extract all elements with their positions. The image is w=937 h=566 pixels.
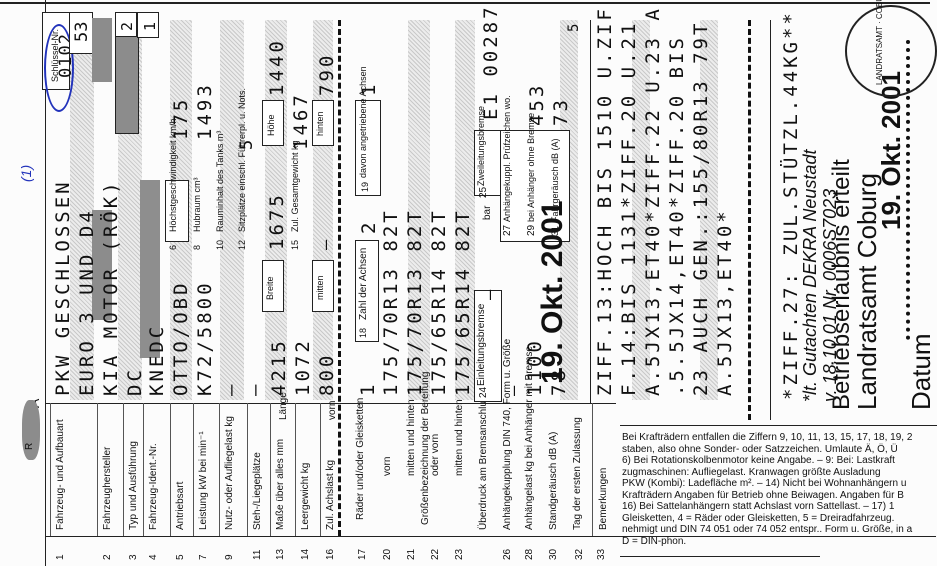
field-number: 15 [290, 240, 300, 250]
field-label: Leistung kW bei min⁻¹ [198, 431, 209, 530]
authority-line1: Betriebserlaubnis erteilt [828, 159, 856, 410]
field-label: Fahrzeughersteller [102, 447, 113, 530]
row-divider [143, 403, 144, 536]
remark-line: ZIFF.13:HOCH BIS 1510 U.ZIF [594, 6, 616, 396]
footnote-line: 6) Bei Rotationskolbenmotor keine Angabe… [622, 455, 895, 466]
stamp-remark-handwritten: v. 18.10.01 Nr. 0006S7023 [820, 189, 841, 402]
field-12-label: Sitzplätze einschl. Führerpl. u. Nots. [237, 88, 247, 232]
field-label: Antriebsart [175, 482, 186, 530]
field-26-value: – [504, 386, 524, 396]
field-value: – [220, 382, 242, 396]
field-25-box [474, 130, 502, 196]
field-24-value: – [480, 290, 500, 300]
key-number-circle [44, 24, 74, 112]
field-18-box [355, 240, 379, 342]
row-divider [193, 403, 194, 536]
row-divider [123, 403, 124, 536]
field-value: DC [124, 367, 146, 396]
authority-date: 19. Okt. 2001 [876, 71, 907, 230]
tyre-size-value: 175/65R14 82T [428, 208, 450, 396]
field-label: Maße über alles mm [275, 439, 286, 530]
remark-line: F.14:BIS 1131*ZIFF.20 U.21 [618, 21, 640, 396]
field-number: 9 [224, 554, 235, 560]
frame-line [46, 536, 936, 537]
width-value: 1675 [266, 192, 288, 250]
overpressure-label: Überdruck am Bremsanschluß [478, 395, 489, 530]
field-number: 22 [430, 549, 441, 560]
footnote-line: Krafträdern Angaben für Betrieb ohne Bei… [622, 490, 904, 501]
row-divider [170, 403, 171, 536]
remark-line: .5.5JX14,ET40*ZIFF.20 BIS [666, 35, 688, 396]
shaded-band [70, 20, 94, 400]
field-number: 10 [215, 240, 225, 250]
field-8-value: 1493 [194, 82, 216, 140]
divider [770, 20, 771, 420]
row-divider [592, 403, 593, 536]
field-6-label: Höchstgeschwindigkeit km/h [168, 118, 178, 232]
field-19-box [355, 100, 381, 196]
middle-box [312, 260, 334, 312]
field-number: 5 [175, 554, 186, 560]
field-label: Zul. Achslast kg [325, 460, 336, 530]
field-26-label: Anhängekupplung DIN 740, Form u. Größe [502, 339, 513, 530]
field-label: Fahrzeug- und Aufbauart [55, 419, 66, 530]
field-number: 25 [478, 187, 489, 198]
corner-code: R [24, 443, 35, 450]
length-sublabel: Länge [278, 392, 289, 420]
tyre-size-value: 175/70R13 82T [380, 208, 402, 396]
field-value: KIA MOTOR (RÖK) [100, 179, 122, 396]
suffix-box [69, 12, 93, 54]
rear-label: hinten [315, 111, 325, 136]
field-27-29-31-box [500, 130, 570, 242]
field-25-value: E1 00287 [480, 4, 502, 120]
paper [0, 0, 937, 566]
field-value: PKW GESCHLOSSEN [52, 179, 74, 396]
field-17-label: Räder und/oder Gleisketten [355, 398, 366, 520]
field-24-label: Einleitungsbremse [476, 304, 487, 386]
field-number: 17 [357, 549, 368, 560]
rear-value: 790 [316, 53, 338, 96]
field-value: OTTO/OBD [170, 280, 192, 396]
redacted-block [92, 210, 112, 320]
field-6-value: 175 [170, 97, 192, 140]
field-number: 3 [128, 554, 139, 560]
field-18-value: 2 [358, 223, 380, 234]
shaded-band [170, 20, 192, 400]
dash [748, 20, 751, 420]
tyres-group-label: Größenbezeichnung der Bereifung [420, 372, 431, 525]
row-divider [50, 403, 51, 536]
field-value: EURO 3 UND D4 [76, 208, 98, 396]
field-value: 800 [316, 353, 338, 396]
top-edge [0, 2, 930, 4]
field-12-value: 5 [237, 140, 257, 150]
bar-label: bar [482, 206, 493, 220]
field-value: – [244, 382, 266, 396]
shaded-band [313, 20, 333, 400]
key-number-value: 0102 [56, 33, 76, 78]
tyre-label: oder vorn [430, 434, 441, 476]
field-25-label: Zweileitungsbremse [476, 106, 486, 186]
key-number-label: Schlüssel-Nr. [50, 29, 60, 82]
height-box [262, 100, 284, 146]
stamp-remark-handwritten: *lt. Gutachten DEKRA Neustadt [800, 150, 821, 402]
field-number: 32 [574, 549, 585, 560]
emission-code: 04 [170, 211, 192, 240]
field-18-label: Zahl der Achsen [358, 248, 369, 320]
field-19-label: davon angetriebene Achsen [358, 66, 368, 178]
field-29-label: bei Anhänger ohne Bremse [526, 113, 536, 222]
field-31-value: 73 [550, 97, 572, 126]
page-marker: 5 [566, 24, 582, 32]
shaded-band [455, 20, 475, 400]
authority-line2: Landratsamt Coburg [852, 173, 883, 410]
field-number: 20 [382, 549, 393, 560]
height-value: 1440 [266, 38, 288, 96]
field-number: 18 [358, 328, 368, 338]
shaded-band [700, 20, 718, 400]
corner-letter: A [26, 399, 42, 408]
field-24-box [474, 290, 502, 402]
field-number: 19 [360, 182, 370, 192]
shaded-band [265, 20, 287, 400]
footnote-line: staben, also ohne Sonder- oder Satzzeich… [622, 444, 898, 455]
field-33-label: Bemerkungen [598, 468, 609, 530]
side-mark-1: 1 [141, 22, 159, 31]
remarks-border [590, 20, 591, 403]
redacted-block [92, 18, 112, 82]
footnote-divider [620, 425, 937, 426]
side-mark-box [115, 12, 137, 38]
remark-line: 23 AUCH GEN.:155/80R13 79T [690, 21, 712, 396]
key-number-suffix: 53 [72, 22, 92, 42]
footnote-line: PKW (Kombi): Ladefläche m². – 14) Nicht … [622, 478, 906, 489]
datum-label: Datum [906, 333, 937, 410]
field-6-box [165, 180, 189, 242]
field-number: 26 [502, 549, 513, 560]
key-number-label-box [42, 12, 70, 90]
field-number: 11 [252, 550, 263, 560]
field-label: Leergewicht kg [300, 463, 311, 530]
redacted-block [22, 400, 40, 460]
field-number: 7 [198, 554, 209, 560]
middle-label: mitten [315, 275, 325, 300]
remark-line: A.5JX13,ET40*ZIFF.22 U.23 A [642, 6, 664, 396]
shaded-band [632, 20, 650, 400]
tyre-label: mitten und hinten [406, 399, 417, 476]
redacted-block [140, 180, 160, 358]
field-15-label: Zul. Gesamtgewicht kg [290, 140, 300, 232]
field-number: 27 [502, 225, 513, 236]
field-27-label: Anhängekuppl. Prüfzeichen wo. [502, 95, 512, 222]
field-number: 33 [596, 549, 607, 560]
row-divider [219, 403, 220, 536]
field-number: 13 [275, 549, 286, 560]
field-17-value: 1 [357, 385, 379, 396]
field-number: 4 [148, 554, 159, 560]
field-number: 31 [550, 226, 560, 236]
footnote-line: 16) Bei Sattelanhängern statt Achslast v… [622, 501, 894, 512]
field-28-label: Anhängelast kg bei Anhänger mit Bremse [524, 346, 535, 530]
field-number: 29 [526, 225, 537, 236]
field-number: 28 [524, 549, 535, 560]
footnote-divider [620, 556, 820, 557]
shaded-band [560, 20, 578, 400]
dash [338, 20, 341, 536]
field-number: 6 [168, 245, 178, 250]
redacted-block [115, 36, 139, 134]
tyre-size-value: 175/65R14 82T [452, 208, 474, 396]
row-divider [570, 403, 616, 404]
footnote-line: Bei Krafträdern entfallen die Ziffern 9,… [622, 432, 912, 443]
first-registration-date-stamp: 19. Okt. 2001 [536, 201, 570, 384]
field-number: 1 [55, 554, 66, 560]
side-mark-box [137, 12, 159, 38]
row-divider [270, 403, 271, 536]
field-10-label: Rauminhalt des Tanks m³ [215, 131, 225, 232]
field-30-value: 78 [548, 367, 570, 396]
field-number: 12 [237, 240, 247, 250]
field-number: 2 [102, 554, 113, 560]
row-divider [320, 403, 321, 536]
annotation-area [20, 140, 44, 220]
field-number: 21 [406, 549, 417, 560]
rear-box [312, 100, 334, 146]
footnote-line: zugmaschinen: Aufliegelast. Kranwagen gr… [622, 467, 881, 478]
field-32-label: Tag der ersten Zulassung [572, 417, 583, 530]
shaded-band [408, 20, 430, 400]
field-number: 24 [478, 387, 489, 398]
middle-value: – [316, 240, 336, 250]
official-seal [845, 5, 937, 97]
field-31-label: Fahrgeräusch dB (A) [550, 138, 560, 222]
document-overlay: Schlüssel-Nr.01025321(1)AR1Fahrzeug- und… [0, 0, 937, 566]
field-8-label: Hubraum cm³ [192, 177, 202, 232]
shaded-band [118, 20, 142, 400]
field-29-value: 453 [526, 83, 548, 126]
frame-line [45, 0, 46, 566]
footnote-line: nehmigt und DIN 74 051 oder 74 052 entsp… [622, 524, 912, 535]
footnote-line: D = DIN-phon. [622, 536, 686, 547]
field-number: 8 [192, 245, 202, 250]
field-number: 30 [548, 549, 559, 560]
field-value: 4215 [268, 338, 290, 396]
dotted-line [906, 40, 914, 340]
label-divider [46, 403, 616, 404]
field-label: Steh-/Liegeplätze [252, 452, 263, 530]
annotation-mark: (1) [18, 165, 34, 182]
field-label: Fahrzeug-Ident.-Nr. [148, 443, 159, 530]
tyre-label: mitten und hinten [454, 399, 465, 476]
row-divider [247, 403, 248, 536]
row-divider [97, 403, 98, 536]
width-box [262, 260, 284, 312]
footnote-line: Gleisketten, 4 = Räder oder Gleisketten,… [622, 513, 894, 524]
row-divider [295, 403, 296, 536]
remark-line: A.5JX13,ET40* [714, 208, 736, 396]
tyre-label: vorn [382, 457, 393, 476]
width-label: Breite [265, 276, 275, 300]
field-28-value: 1100 [524, 338, 546, 396]
field-value: K72/5800 [194, 280, 216, 396]
field-15-value: 1467 [290, 92, 312, 150]
side-mark-2: 2 [118, 22, 136, 31]
tyre-size-value: 175/70R13 82T [404, 208, 426, 396]
field-label: Typ und Ausführung [128, 441, 139, 530]
front-sublabel: vorn [327, 401, 338, 420]
field-19-value: 1 [358, 85, 380, 96]
field-30-label: Standgeräusch dB (A) [548, 432, 559, 530]
field-number: 14 [300, 549, 311, 560]
stamp-remark-typed: *ZIFF.27: ZUL.STÜTZL.44KG** [780, 10, 802, 400]
field-value: 1072 [292, 338, 314, 396]
field-value: KNEDC [146, 324, 168, 396]
field-number: 16 [325, 549, 336, 560]
field-label: Nutz- oder Aufliegelast kg [224, 416, 235, 530]
height-label: Höhe [266, 114, 276, 136]
seal-text: LANDRATSAMT · COBURG [875, 0, 884, 85]
shaded-band [220, 20, 244, 400]
field-number: 23 [454, 549, 465, 560]
